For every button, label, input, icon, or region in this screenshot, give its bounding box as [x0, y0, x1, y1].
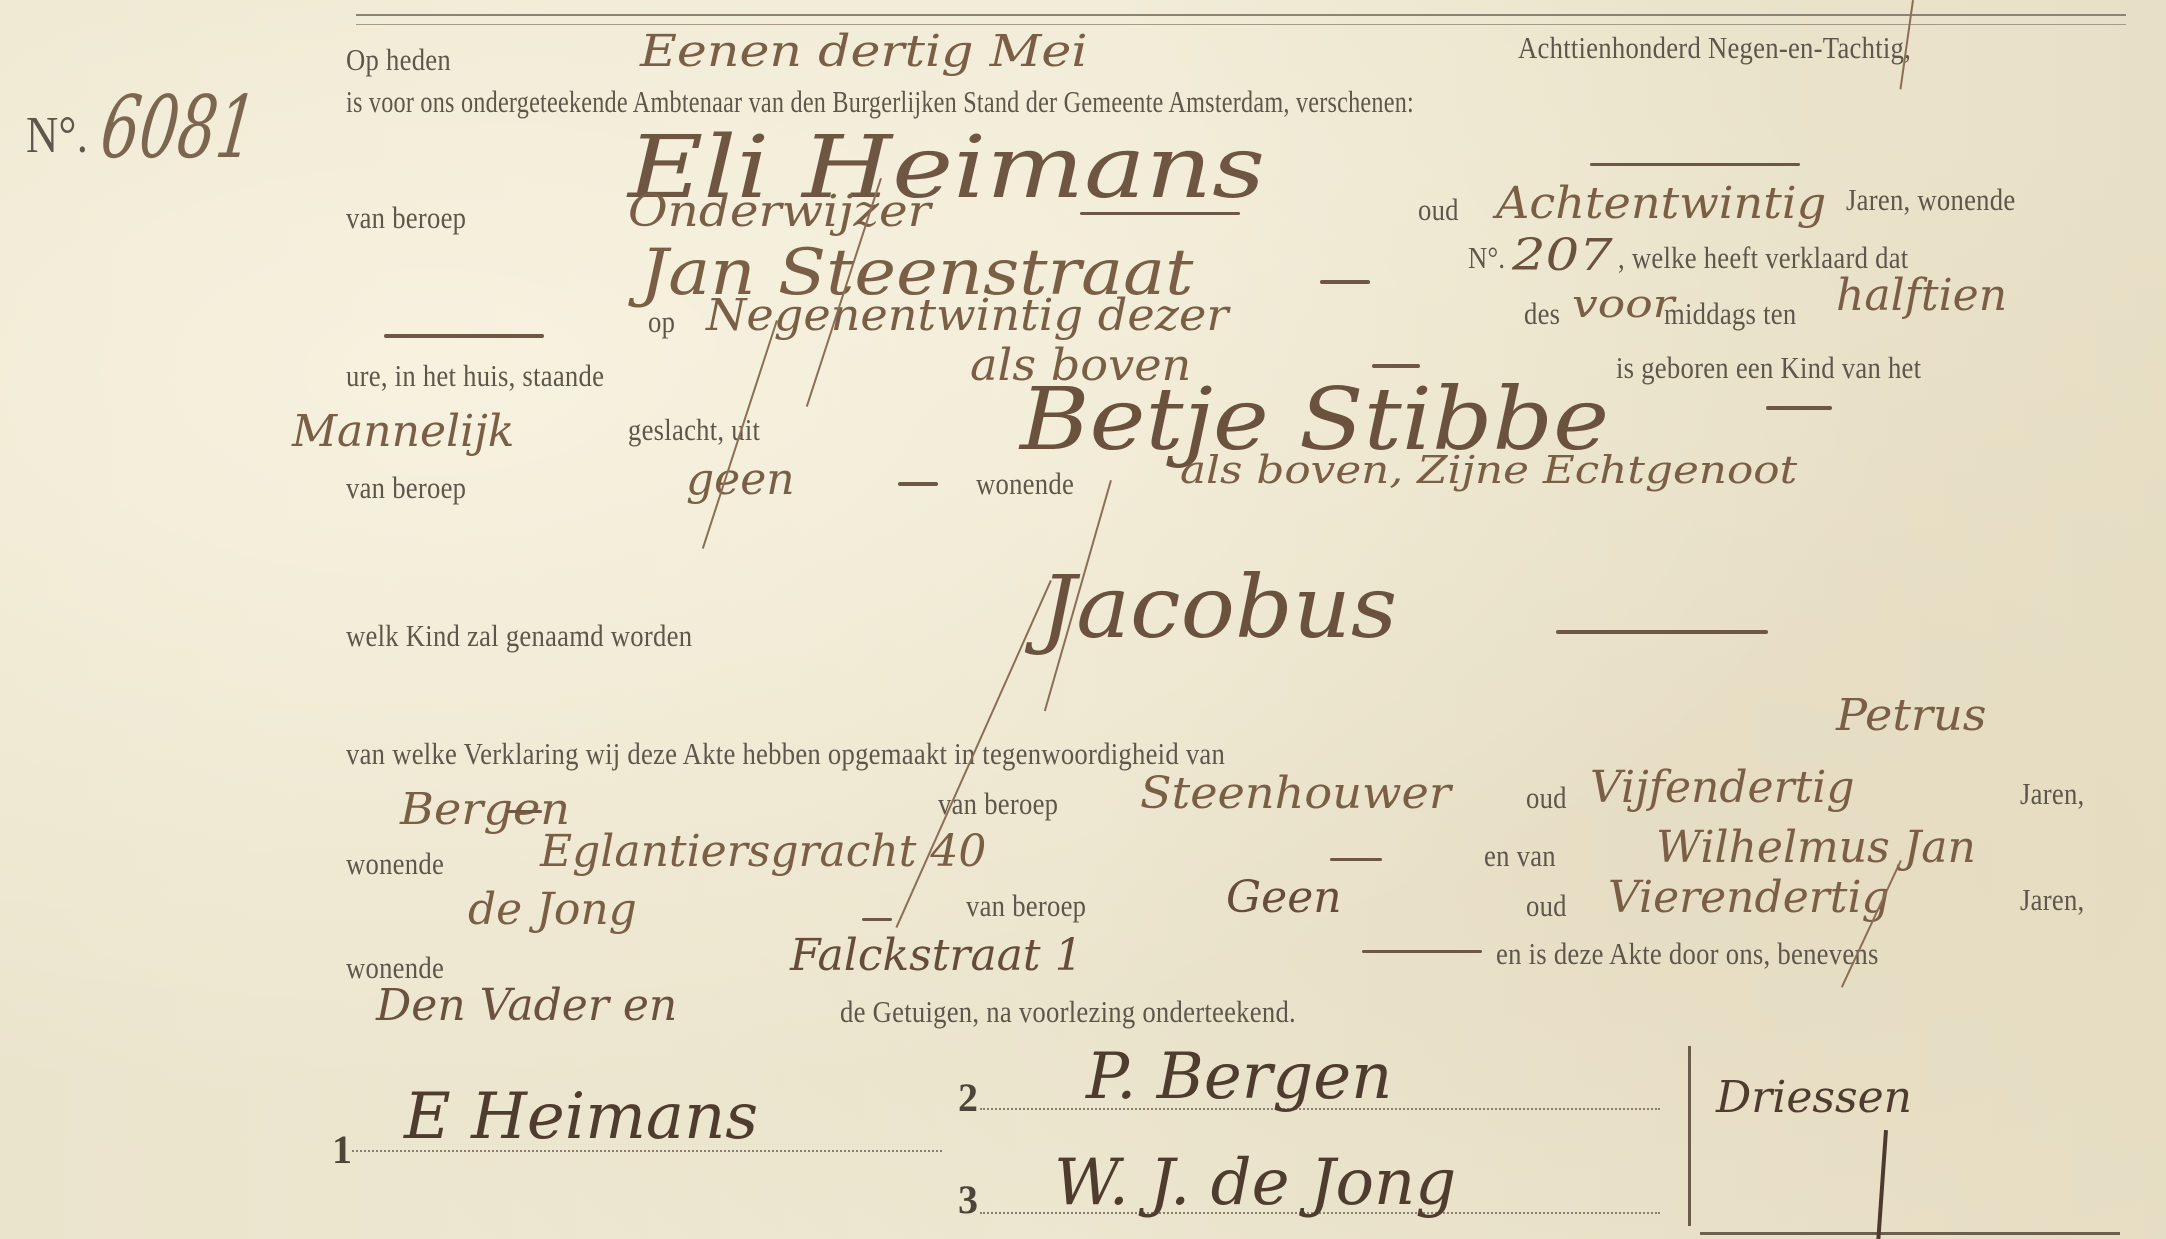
- l13-print-en-van: en van: [1484, 838, 1556, 874]
- birth-certificate-page: N°. 6081 Op heden Eenen dertig Mei Achtt…: [0, 0, 2166, 1239]
- l1-print-op-heden: Op heden: [346, 42, 451, 78]
- l16-hand-prefix: Den Vader en: [376, 980, 677, 1031]
- l15-dash: [1362, 950, 1482, 953]
- l4-print-jaren-wonende: Jaren, wonende: [1846, 182, 2015, 218]
- l14-dash: [862, 918, 892, 921]
- l1-hand-date: Eenen dertig Mei: [640, 26, 1088, 77]
- l4-hand-age: Achtentwintig: [1496, 178, 1826, 229]
- l8-dash: [1766, 406, 1832, 410]
- l4-print-oud: oud: [1418, 192, 1459, 228]
- l6-print-des: des: [1524, 296, 1560, 332]
- l13-hand-w1-addr: Eglantiersgracht 40: [540, 826, 986, 877]
- l10-hand-child: Jacobus: [1040, 558, 1397, 658]
- l4-dash: [1080, 212, 1240, 215]
- l11-hand-w1-first: Petrus: [1836, 690, 1986, 741]
- signature-3: W. J. de Jong: [1054, 1146, 1456, 1220]
- l14-print-oud: oud: [1526, 888, 1567, 924]
- l4-print-van-beroep: van beroep: [346, 200, 466, 236]
- top-rule-thin: [356, 24, 2126, 25]
- top-rule: [356, 14, 2126, 16]
- l15-print-akte: en is deze Akte door ons, benevens: [1496, 936, 1879, 972]
- l3-dash: [1590, 163, 1800, 166]
- official-signature: Driessen: [1716, 1072, 1912, 1123]
- l14-print-jaren: Jaren,: [2020, 882, 2084, 918]
- l9-hand-occupation: geen: [686, 454, 795, 505]
- l14-hand-w2-age: Vierendertig: [1608, 872, 1890, 923]
- l5-dash: [1320, 280, 1370, 284]
- l10-dash: [1556, 630, 1768, 634]
- l6-print-op: op: [648, 304, 675, 340]
- l12-print-jaren: Jaren,: [2020, 776, 2084, 812]
- l16-print-getuigen: de Getuigen, na voorlezing onderteekend.: [840, 994, 1296, 1030]
- l6-hand-day: Negenentwintig dezer: [706, 290, 1228, 341]
- l9-print-wonende: wonende: [976, 466, 1074, 502]
- l5-hand-housenr: 207: [1512, 230, 1613, 281]
- l12-print-oud: oud: [1526, 780, 1567, 816]
- pen-stroke: [1876, 1130, 1888, 1239]
- l13-dash: [1330, 858, 1382, 861]
- l7-dash: [1372, 364, 1420, 368]
- l14-hand-w2-last: de Jong: [468, 884, 637, 935]
- l5-print-no: N°.: [1468, 240, 1505, 276]
- signature-2-index: 2: [958, 1074, 978, 1121]
- l11-print-verklaring: van welke Verklaring wij deze Akte hebbe…: [346, 736, 1225, 772]
- l6-hand-period: voor: [1572, 282, 1674, 326]
- l2-print-preamble: is voor ons ondergeteekende Ambtenaar va…: [346, 84, 1414, 120]
- l15-hand-w2-addr: Falckstraat 1: [790, 930, 1083, 981]
- l12-hand-w1-occ: Steenhouwer: [1140, 768, 1451, 819]
- l13-print-wonende: wonende: [346, 846, 444, 882]
- signature-1: E Heimans: [404, 1080, 758, 1154]
- l6-hand-time: halftien: [1836, 270, 2007, 321]
- l9-hand-residence: als boven, Zijne Echtgenoot: [1180, 448, 1797, 492]
- signature-brace: [1688, 1046, 1691, 1226]
- l9-print-van-beroep: van beroep: [346, 470, 466, 506]
- l6-dash-left: [384, 334, 544, 338]
- l12-dash: [506, 810, 542, 813]
- l9-dash: [898, 482, 938, 486]
- l10-print-genaamd: welk Kind zal genaamd worden: [346, 618, 692, 654]
- l6-print-middags-ten: middags ten: [1664, 296, 1796, 332]
- l14-hand-w2-occ: Geen: [1226, 872, 1342, 923]
- l14-print-van-beroep: van beroep: [966, 888, 1086, 924]
- l7-print-ure: ure, in het huis, staande: [346, 358, 604, 394]
- l4-hand-occupation: Onderwijzer: [628, 186, 931, 237]
- signature-3-index: 3: [958, 1176, 978, 1223]
- signature-1-index: 1: [332, 1126, 352, 1173]
- l8-hand-sex: Mannelijk: [292, 406, 514, 457]
- l7-print-geboren: is geboren een Kind van het: [1616, 350, 1921, 386]
- bottom-rule: [1700, 1232, 2120, 1235]
- signature-2: P. Bergen: [1086, 1040, 1392, 1114]
- l1-print-year: Achttienhonderd Negen-en-Tachtig,: [1518, 30, 1911, 66]
- l13-hand-w2-first: Wilhelmus Jan: [1656, 822, 1976, 873]
- l12-hand-w1-age: Vijfendertig: [1590, 762, 1855, 813]
- record-number: 6081: [96, 78, 262, 178]
- record-number-label: N°.: [26, 106, 88, 165]
